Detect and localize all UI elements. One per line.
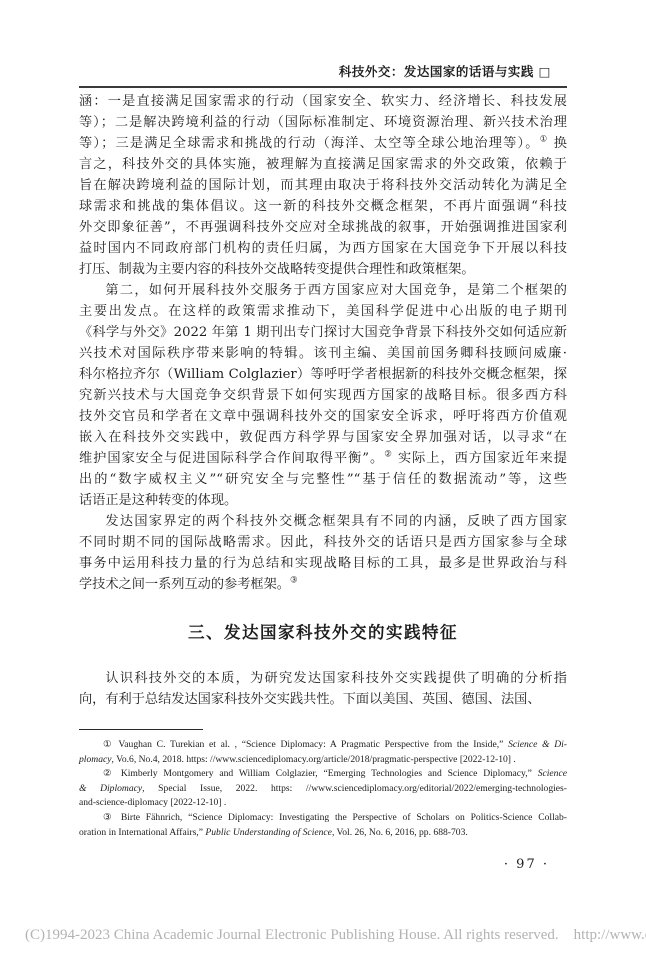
footnote-line: oration in International Affairs,” Publi… — [79, 826, 567, 841]
footnote-separator — [79, 729, 203, 730]
copyright-footer: (C)1994-2023 China Academic Journal Elec… — [25, 927, 646, 944]
body-line: 益时国内不同政府部门机构的责任归属，为西方国家在大国竞争下开展以科技 — [79, 238, 567, 259]
body-line: 等）；三是满足全球需求和挑战的行动（海洋、太空等全球公地治理等）。① 换 — [79, 133, 567, 154]
body-line: 话语正是这种转变的体现。 — [79, 490, 567, 511]
section-heading: 三、发达国家科技外交的实践特征 — [79, 623, 567, 644]
running-header: 科技外交：发达国家的话语与实践 □ — [79, 63, 567, 80]
footnote-ref: ① — [540, 135, 549, 145]
body-line: 涵：一是直接满足国家需求的行动（国家安全、软实力、经济增长、科技发展 — [79, 91, 567, 112]
footnote-line: ③ Birte Fähnrich, “Science Diplomacy: In… — [79, 811, 567, 826]
footnote-line: and-science-diplomacy [2022-12-10] . — [79, 796, 567, 811]
footnote-line: & Diplomacy, Special Issue, 2022. https:… — [79, 782, 567, 797]
body-line: 等）；二是解决跨境利益的行动（国际标准制定、环境资源治理、新兴技术治理 — [79, 112, 567, 133]
body-line: 嵌入在科技外交实践中，敦促西方科学界与国家安全界加强对话，以寻求“在 — [79, 427, 567, 448]
body-line: 不同时期不同的国际战略需求。因此，科技外交的话语只是西方国家参与全球 — [79, 532, 567, 553]
header-rule — [79, 86, 567, 88]
body-line: 球需求和挑战的集体倡议。这一新的科技外交概念框架，不再片面强调“科技 — [79, 196, 567, 217]
body-line: 打压、制裁为主要内容的科技外交战略转变提供合理性和政策框架。 — [79, 259, 567, 280]
body-line: 出的“数字威权主义”“研究安全与完整性”“基于信任的数据流动”等，这些 — [79, 469, 567, 490]
body-line: 维护国家安全与促进国际科学合作间取得平衡”。② 实际上，西方国家近年来提 — [79, 448, 567, 469]
body-line: 究新兴技术与大国竞争交织背景下如何实现西方国家的战略目标。很多西方科 — [79, 385, 567, 406]
body-line: 技外交官员和学者在文章中强调科技外交的国家安全诉求，呼吁将西方价值观 — [79, 406, 567, 427]
body-line: 发达国家界定的两个科技外交概念框架具有不同的内涵，反映了西方国家 — [79, 511, 567, 532]
body-line: 外交即象征善”，不再强调科技外交应对全球挑战的叙事，开始强调推进国家利 — [79, 217, 567, 238]
footnote-line: plomacy, Vo.6, No.4, 2018. https: //www.… — [79, 753, 567, 768]
footnote-ref: ③ — [290, 576, 298, 586]
body-line: 学技术之间一系列互动的参考框架。③ — [79, 574, 567, 595]
body-line: 旨在解决跨境利益的国际计划，而其理由取决于将科技外交活动转化为满足全 — [79, 175, 567, 196]
body-line: 认识科技外交的本质，为研究发达国家科技外交实践提供了明确的分析指 — [79, 668, 567, 689]
body-line: 主要出发点。在这样的政策需求推动下，美国科学促进中心出版的电子期刊 — [79, 301, 567, 322]
page-content: 科技外交：发达国家的话语与实践 □ 涵：一是直接满足国家需求的行动（国家安全、软… — [79, 63, 567, 872]
footnote-line: ① Vaughan C. Turekian et al. , “Science … — [79, 738, 567, 753]
body-line: 第二，如何开展科技外交服务于西方国家应对大国竞争，是第二个框架的 — [79, 280, 567, 301]
body-line: 言之，科技外交的具体实施，被理解为直接满足国家需求的外交政策，依赖于 — [79, 154, 567, 175]
footnote-line: ② Kimberly Montgomery and William Colgla… — [79, 767, 567, 782]
body-line: 《科学与外交》2022 年第 1 期刊出专门探讨大国竞争背景下科技外交如何适应新 — [79, 322, 567, 343]
page: 科技外交：发达国家的话语与实践 □ 涵：一是直接满足国家需求的行动（国家安全、软… — [0, 0, 646, 968]
page-number: · 97 · — [79, 857, 567, 872]
body-line: 事务中运用科技力量的行为总结和实现战略目标的工具，最多是世界政治与科 — [79, 553, 567, 574]
footnote-ref: ② — [384, 450, 393, 460]
article-body: 涵：一是直接满足国家需求的行动（国家安全、软实力、经济增长、科技发展等）；二是解… — [79, 91, 567, 710]
body-line: 科尔格拉齐尔（William Colglazier）等呼吁学者根据新的科技外交概… — [79, 364, 567, 385]
body-line: 兴技术对国际秩序带来影响的特辑。该刊主编、美国前国务卿科技顾问威廉· — [79, 343, 567, 364]
body-line: 向，有利于总结发达国家科技外交实践共性。下面以美国、英国、德国、法国、 — [79, 689, 567, 710]
footnotes: ① Vaughan C. Turekian et al. , “Science … — [79, 738, 567, 840]
